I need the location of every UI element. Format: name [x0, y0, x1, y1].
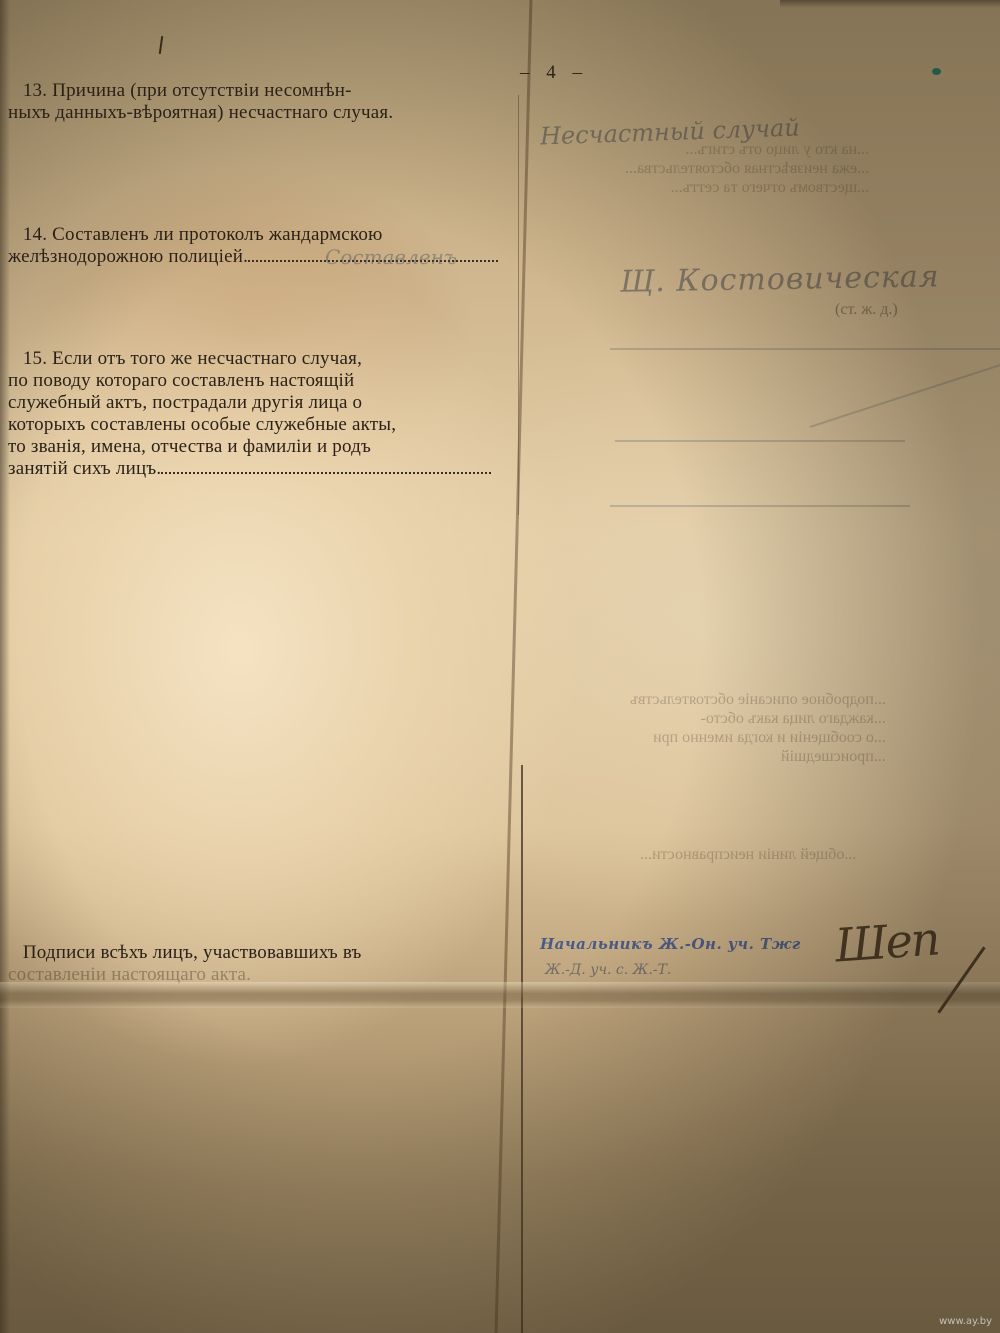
column-rule — [521, 765, 523, 1333]
form-item-13: 13. Причина (при отсутствіи несомнѣн- ны… — [8, 80, 518, 124]
bleed-through-text: ...подробное описаніе обстоятельствъ ...… — [630, 690, 886, 766]
official-stamp: Начальникъ Ж.-Он. уч. Тжг — [540, 935, 801, 953]
item-text: служебный актъ, пострадали другія лица о — [8, 392, 362, 413]
item-text: Причина (при отсутствіи несомнѣн- — [52, 80, 352, 101]
item-text: занятій сихъ лицъ. — [8, 458, 161, 479]
item-text: ныхъ данныхъ-вѣроятная) несчастнаго случ… — [8, 102, 393, 123]
watermark: www.ay.by — [939, 1316, 992, 1327]
bleed-through-text: ...на кто у лицо отъ стигъ... ...ежа неи… — [625, 140, 869, 197]
dotted-fill-line — [161, 462, 491, 474]
page-number: – 4 – — [520, 62, 588, 84]
ink-mark — [932, 68, 941, 75]
item-text: по поводу котораго составленъ настоящій — [8, 370, 354, 391]
item-number: 14. — [23, 224, 47, 245]
signatures-section: Подписи всѣхъ лицъ, участвовавшихъ въ со… — [8, 942, 518, 986]
faint-ruled-line — [610, 505, 910, 507]
bleed-through-text: ...общей линіи неисправности... — [640, 845, 856, 864]
faint-ruled-line — [610, 348, 1000, 350]
torn-edge — [780, 0, 1000, 8]
item-text: Если отъ того же несчастнаго случая, — [52, 348, 362, 369]
signatures-label: Подписи всѣхъ лицъ, участвовавшихъ въ — [23, 942, 362, 963]
form-item-15: 15. Если отъ того же несчастнаго случая,… — [8, 348, 518, 480]
column-rule-top — [518, 95, 519, 515]
item-number: 15. — [23, 348, 47, 369]
item-text: то званія, имена, отчества и фамиліи и р… — [8, 436, 371, 457]
faint-ruled-line — [615, 440, 905, 442]
handwritten-station: Щ. Костовическая — [620, 259, 940, 300]
horizontal-fold — [0, 982, 1000, 1008]
page-edge-shadow — [0, 0, 10, 1333]
station-caption: (ст. ж. д.) — [835, 300, 898, 319]
handwritten-signature: Шеп — [833, 911, 940, 972]
official-stamp-subtitle: Ж.-Д. уч. с. Ж.-Т. — [545, 962, 671, 978]
handwritten-answer-14: Составленъ — [325, 245, 457, 269]
item-text: которыхъ составлены особые служебные акт… — [8, 414, 396, 435]
item-text: Составленъ ли протоколъ жандармскою — [52, 224, 382, 245]
item-number: 13. — [23, 80, 47, 101]
item-text: желѣзнодорожною полиціей. — [8, 246, 248, 267]
